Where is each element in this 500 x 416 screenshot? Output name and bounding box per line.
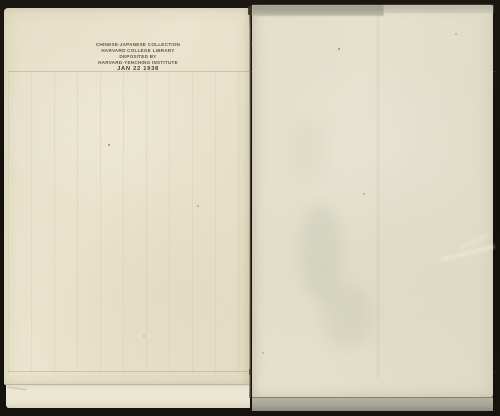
paper-speck [143,335,145,337]
paper-speck [197,205,199,207]
right-page-bottom-edges [252,397,493,411]
binding-gutter [249,6,251,398]
library-stamp: CHINESE-JAPANESE COLLECTION HARVARD COLL… [68,42,208,73]
stamp-institute-line: HARVARD-YENCHING INSTITUTE [68,60,208,66]
paper-speck [455,33,457,35]
paper-speck [338,48,340,50]
paper-speck [108,144,110,146]
paper-smudge [300,205,342,300]
paper-fold-line [377,18,379,378]
book-scan: CHINESE-JAPANESE COLLECTION HARVARD COLL… [0,0,500,416]
top-edge-shadow-band [252,5,384,16]
top-edge-light-band [384,5,493,13]
binding-stitch-top [248,6,251,15]
paper-smudge [322,285,374,347]
paper-speck [363,193,365,195]
left-page-bottom-edges [6,384,250,408]
binding-stitch-bottom [249,369,251,375]
paper-smudge [290,120,326,180]
paper-speck [262,352,264,354]
stamp-date: JAN 22 1938 [68,66,208,73]
right-page [252,5,493,397]
